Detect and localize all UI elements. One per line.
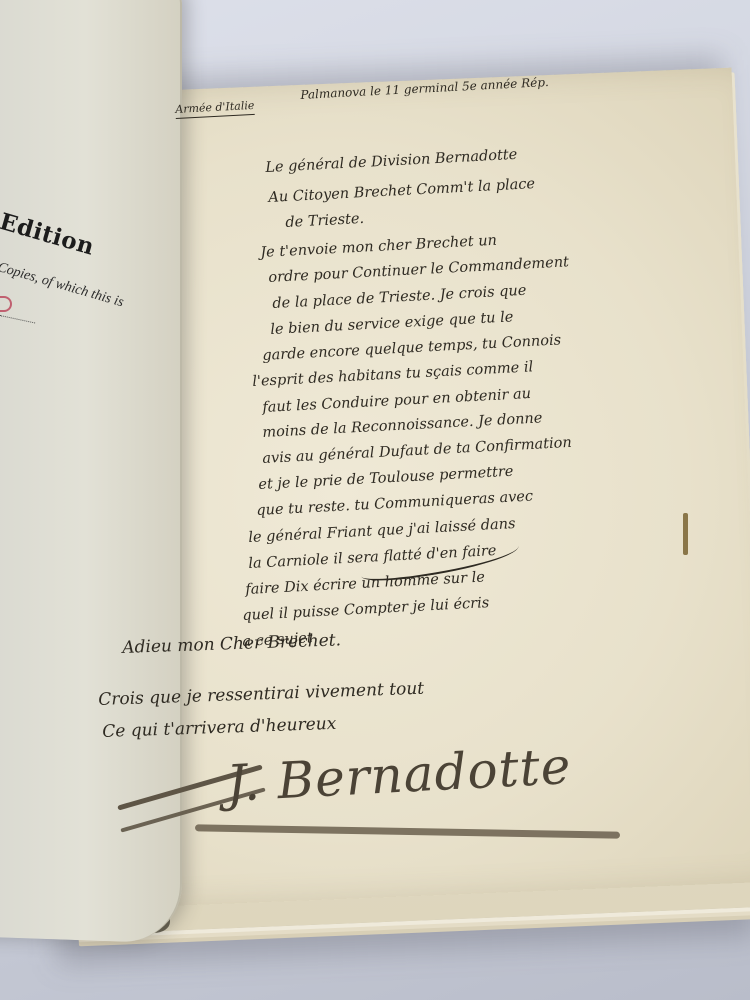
left-page bbox=[0, 0, 182, 944]
photo-scene: Edition Copies, of which this is Armée d… bbox=[0, 0, 750, 1000]
page-edge-damage bbox=[683, 513, 688, 555]
